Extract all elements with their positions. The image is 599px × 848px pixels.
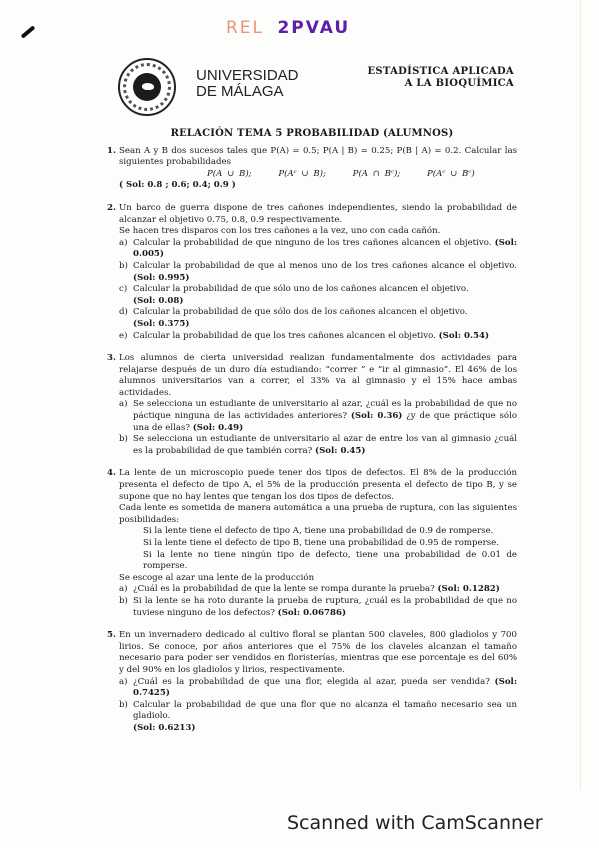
formula: P(A ∪ B); [207,169,252,179]
item-label: a) [119,238,127,250]
scanned-page: REL 2PVAU UNIVERSIDAD DE MÁLAGA ESTADÍST… [0,0,599,848]
sub-question-list: a)Calcular la probabilidad de que ningun… [119,238,517,342]
university-line-1: UNIVERSIDAD [196,68,299,84]
sub-question-list: a)¿Cuál es la probabilidad de que la len… [119,584,517,619]
sub-question: d)Calcular la probabilidad de que sólo d… [119,307,517,330]
solution: (Sol: 0.36) [351,411,403,421]
course-title: ESTADÍSTICA APLICADA A LA BIOQUÍMICA [367,66,514,90]
item-text: ¿Cuál es la probabilidad de que una flor… [133,677,490,687]
condition: Si la lente tiene el defecto de tipo B, … [119,538,517,550]
exercise-text: En un invernadero dedicado al cultivo fl… [119,630,517,676]
exercise-text: Un barco de guerra dispone de tres cañon… [119,203,517,226]
solution: (Sol: 0.1282) [437,584,499,594]
item-label: a) [119,584,127,596]
exercise-text: La lente de un microscopio puede tener d… [119,468,517,503]
solution: (Sol: 0.54) [439,331,489,341]
sub-question-list: a)¿Cuál es la probabilidad de que una fl… [119,677,517,735]
university-name: UNIVERSIDAD DE MÁLAGA [196,68,299,100]
item-text: Calcular la probabilidad de que sólo dos… [133,307,467,317]
exercise-number: 4. [107,468,116,480]
solution: ( Sol: 0.8 ; 0.6; 0.4; 0.9 ) [119,180,517,192]
exercise-1: 1. Sean A y B dos sucesos tales que P(A)… [107,146,517,192]
item-text: Calcular la probabilidad de que sólo uno… [133,284,469,294]
solution: (Sol: 0.45) [315,446,365,456]
sub-question: a)Calcular la probabilidad de que ningun… [119,238,517,261]
solution: (Sol: 0.06786) [278,608,346,618]
course-line-1: ESTADÍSTICA APLICADA [367,66,514,78]
item-label: b) [119,700,128,712]
formula: P(Aᶜ ∪ Bᶜ) [427,169,475,179]
exercise-number: 5. [107,630,116,642]
handwritten-rel: REL [226,18,264,38]
seal-center [133,73,161,101]
item-label: c) [119,284,127,296]
exercise-2: 2. Un barco de guerra dispone de tres ca… [107,203,517,342]
formula: P(A ∩ Bᶜ); [353,169,401,179]
sub-question: b)Calcular la probabilidad de que al men… [119,261,517,284]
exercise-number: 2. [107,203,116,215]
sub-question: b)Se selecciona un estudiante de univers… [119,434,517,457]
document-body: RELACIÓN TEMA 5 PROBABILIDAD (ALUMNOS) 1… [107,128,517,746]
sub-question: a)Se selecciona un estudiante de univers… [119,399,517,434]
exercise-3: 3. Los alumnos de cierta universidad rea… [107,353,517,457]
exercise-text: Sean A y B dos sucesos tales que P(A) = … [119,146,517,169]
solution: (Sol: 0.6213) [133,723,195,733]
exercise-number: 3. [107,353,116,365]
sub-question: b)Si la lente se ha roto durante la prue… [119,596,517,619]
item-text: Calcular la probabilidad de que ninguno … [133,238,491,248]
exercise-text-2: Cada lente es sometida de manera automát… [119,503,517,526]
condition: Si la lente tiene el defecto de tipo A, … [119,526,517,538]
exercise-5: 5. En un invernadero dedicado al cultivo… [107,630,517,734]
course-line-2: A LA BIOQUÍMICA [367,78,514,90]
sub-question: b)Calcular la probabilidad de que una fl… [119,700,517,735]
handwritten-group: 2PVAU [277,18,350,38]
condition: Si la lente no tiene ningún tipo de defe… [119,550,517,573]
formula: P(Aᶜ ∪ B); [278,169,326,179]
item-text: Calcular la probabilidad de que los tres… [133,331,436,341]
item-text: Calcular la probabilidad de que al menos… [133,261,517,271]
pen-mark [21,25,36,38]
item-label: b) [119,596,128,608]
document-header: UNIVERSIDAD DE MÁLAGA ESTADÍSTICA APLICA… [118,58,514,118]
exercise-4: 4. La lente de un microscopio puede tene… [107,468,517,619]
item-label: d) [119,307,128,319]
item-text: Calcular la probabilidad de que una flor… [133,700,517,722]
handwritten-annotation: REL 2PVAU [226,18,350,38]
item-label: b) [119,434,128,446]
sub-question: e)Calcular la probabilidad de que los tr… [119,331,517,343]
item-text: ¿Cuál es la probabilidad de que la lente… [133,584,435,594]
exercise-number: 1. [107,146,116,158]
formula-list: P(A ∪ B); P(Aᶜ ∪ B); P(A ∩ Bᶜ); P(Aᶜ ∪ B… [119,169,517,181]
item-label: a) [119,399,127,411]
solution-b: (Sol: 0.49) [193,423,243,433]
item-label: e) [119,331,127,343]
exercise-text: Los alumnos de cierta universidad realiz… [119,353,517,399]
university-line-2: DE MÁLAGA [196,84,299,100]
solution: (Sol: 0.08) [133,296,183,306]
sub-question: c)Calcular la probabilidad de que sólo u… [119,284,517,307]
solution: (Sol: 0.375) [133,319,189,329]
document-title: RELACIÓN TEMA 5 PROBABILIDAD (ALUMNOS) [107,128,517,140]
exercise-text-2: Se hacen tres disparos con los tres caño… [119,226,517,238]
item-label: a) [119,677,127,689]
paper-edge [580,0,581,790]
exercise-text-3: Se escoge al azar una lente de la produc… [119,573,517,585]
sub-question: a)¿Cuál es la probabilidad de que una fl… [119,677,517,700]
item-label: b) [119,261,128,273]
university-seal-icon [118,58,176,116]
bird-icon [142,83,154,90]
solution: (Sol: 0.995) [133,273,189,283]
camscanner-watermark: Scanned with CamScanner [287,812,543,834]
sub-question: a)¿Cuál es la probabilidad de que la len… [119,584,517,596]
sub-question-list: a)Se selecciona un estudiante de univers… [119,399,517,457]
